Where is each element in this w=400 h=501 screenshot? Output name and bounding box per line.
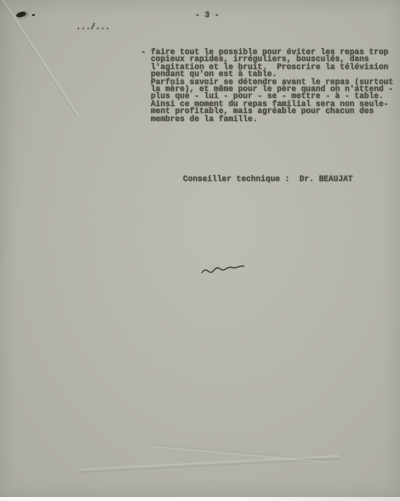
signature-line: Conseiller technique : Dr. BEAUJAT — [183, 176, 353, 183]
scanned-document-page: .../... - 3 - - faire tout le possible p… — [0, 0, 400, 501]
continuation-mark: .../... — [76, 24, 110, 31]
paper-crease — [0, 0, 79, 117]
paper-sheet: .../... - 3 - - faire tout le possible p… — [0, 0, 400, 497]
handwritten-scribble — [200, 262, 249, 277]
ink-dot — [32, 14, 35, 16]
page-number: - 3 - — [195, 12, 219, 19]
scan-edge — [0, 497, 400, 501]
ink-blot — [16, 11, 27, 18]
body-paragraph: - faire tout le possible pour éviter les… — [141, 49, 393, 123]
